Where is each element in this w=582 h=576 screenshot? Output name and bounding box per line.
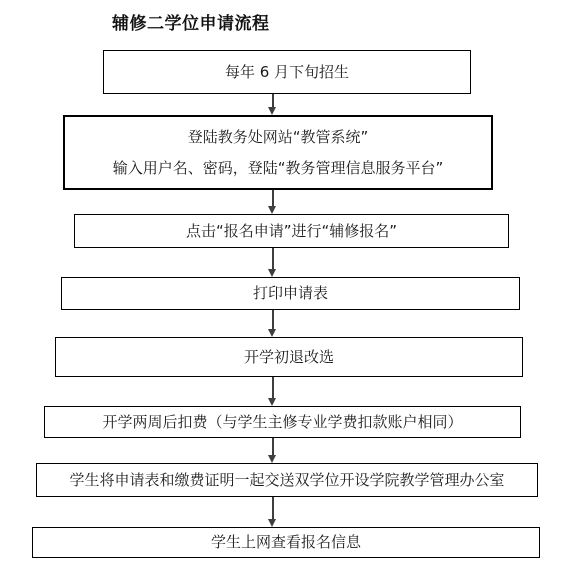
flow-step-print-label: 打印申请表: [253, 285, 328, 302]
arrow-head: [268, 269, 276, 277]
arrow-down-icon: [268, 497, 277, 527]
page-title: 辅修二学位申请流程: [112, 9, 270, 34]
flow-step-fee-deduction: 开学两周后扣费（与学生主修专业学费扣款账户相同）: [44, 406, 521, 438]
arrow-down-icon: [268, 377, 277, 406]
flow-step-submit-forms-label: 学生将申请表和缴费证明一起交送双学位开设学院教学管理办公室: [69, 472, 504, 489]
flowchart-page: 辅修二学位申请流程 每年 6 月下旬招生 登陆教务处网站“教管系统” 输入用户名…: [0, 0, 582, 576]
flow-step-check-info: 学生上网查看报名信息: [32, 527, 540, 558]
flow-step-fee-deduction-label: 开学两周后扣费（与学生主修专业学费扣款账户相同）: [102, 414, 462, 431]
arrow-down-icon: [268, 438, 277, 463]
arrow-down-icon: [268, 248, 277, 277]
flow-step-reselect-label: 开学初退改选: [244, 349, 334, 366]
flow-step-login-line2: 输入用户名、密码，登陆“教务管理信息服务平台”: [113, 160, 444, 177]
arrow-shaft: [272, 310, 274, 330]
arrow-shaft: [272, 248, 274, 270]
flow-step-print: 打印申请表: [61, 277, 520, 310]
arrow-head: [268, 107, 276, 115]
arrow-head: [268, 398, 276, 406]
arrow-down-icon: [268, 310, 277, 337]
flow-step-recruitment-label: 每年 6 月下旬招生: [225, 64, 349, 81]
arrow-down-icon: [268, 94, 277, 115]
arrow-shaft: [272, 94, 274, 108]
flow-step-submit-forms: 学生将申请表和缴费证明一起交送双学位开设学院教学管理办公室: [36, 463, 538, 497]
arrow-head: [268, 455, 276, 463]
flow-step-reselect: 开学初退改选: [55, 337, 523, 377]
arrow-head: [268, 329, 276, 337]
arrow-shaft: [272, 497, 274, 520]
arrow-head: [268, 206, 276, 214]
flow-step-register-label: 点击“报名申请”进行“辅修报名”: [186, 223, 397, 240]
arrow-shaft: [272, 190, 274, 207]
flow-step-recruitment: 每年 6 月下旬招生: [103, 50, 471, 94]
flow-step-register: 点击“报名申请”进行“辅修报名”: [74, 214, 509, 248]
arrow-head: [268, 519, 276, 527]
arrow-shaft: [272, 438, 274, 456]
flow-step-login: 登陆教务处网站“教管系统” 输入用户名、密码，登陆“教务管理信息服务平台”: [63, 115, 493, 190]
flow-step-login-line1: 登陆教务处网站“教管系统”: [188, 129, 369, 146]
arrow-shaft: [272, 377, 274, 399]
flow-step-check-info-label: 学生上网查看报名信息: [211, 534, 361, 551]
arrow-down-icon: [268, 190, 277, 214]
